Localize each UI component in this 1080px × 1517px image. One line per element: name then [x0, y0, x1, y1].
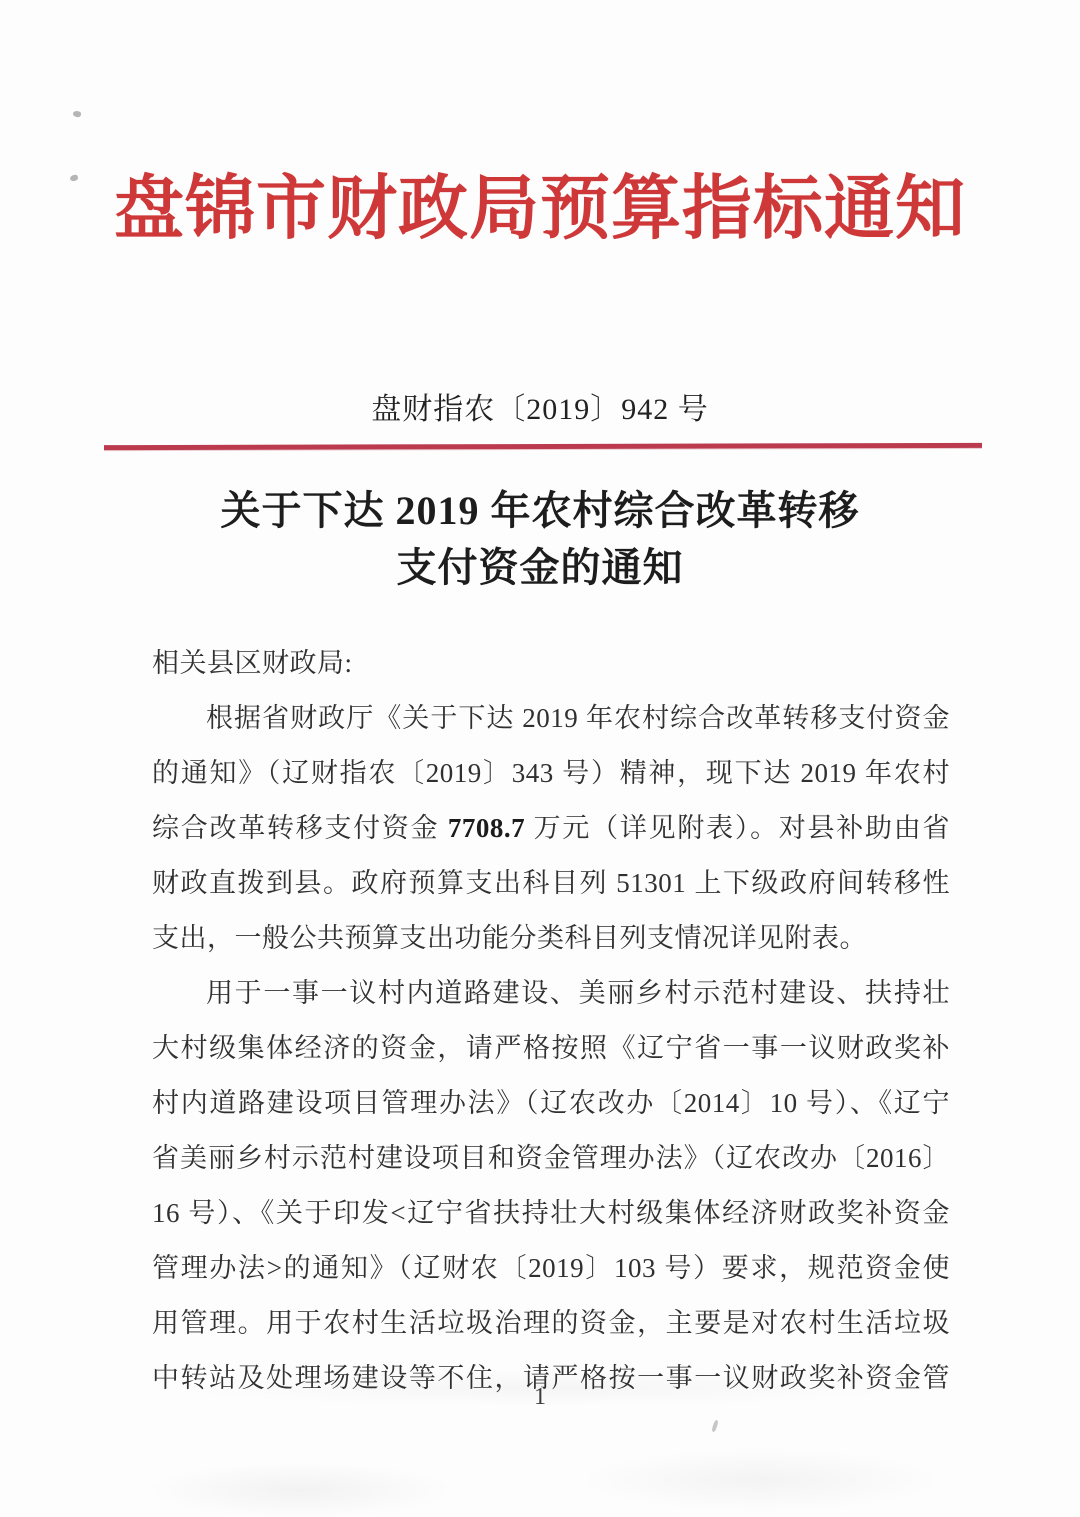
body-line: 用于一事一议村内道路建设、美丽乡村示范村建设、扶持壮 — [152, 966, 950, 1021]
red-separator-rule — [104, 443, 982, 450]
body-line: 村内道路建设项目管理办法》（辽农改办〔2014〕10 号）、《辽宁 — [152, 1076, 950, 1131]
body-line: 大村级集体经济的资金，请严格按照《辽宁省一事一议财政奖补 — [152, 1021, 950, 1076]
page-number: 1 — [0, 1384, 1080, 1411]
body-text: 相关县区财政局: — [152, 648, 353, 678]
notice-title-line-2: 支付资金的通知 — [0, 539, 1080, 596]
document-body: 相关县区财政局:根据省财政厅《关于下达 2019 年农村综合改革转移支付资金的通… — [152, 636, 950, 1406]
scan-speck — [711, 1420, 719, 1433]
body-line: 的通知》（辽财指农〔2019〕343 号）精神，现下达 2019 年农村 — [152, 746, 950, 801]
body-text: 省美丽乡村示范村建设项目和资金管理办法》（辽农改办〔2016〕 — [152, 1143, 950, 1173]
body-line: 根据省财政厅《关于下达 2019 年农村综合改革转移支付资金 — [152, 691, 950, 746]
body-line: 综合改革转移支付资金 7708.7 万元（详见附表）。对县补助由省 — [152, 801, 950, 856]
body-text: 综合改革转移支付资金 — [152, 813, 448, 843]
body-line: 管理办法>的通知》（辽财农〔2019〕103 号）要求，规范资金使 — [152, 1241, 950, 1296]
notice-title: 关于下达 2019 年农村综合改革转移 支付资金的通知 — [0, 482, 1080, 596]
document-page: 盘锦市财政局预算指标通知 盘财指农〔2019〕942 号 关于下达 2019 年… — [0, 0, 1080, 1517]
body-text: 村内道路建设项目管理办法》（辽农改办〔2014〕10 号）、《辽宁 — [152, 1088, 950, 1118]
body-line: 用管理。用于农村生活垃圾治理的资金，主要是对农村生活垃圾 — [152, 1296, 950, 1351]
notice-title-line-1: 关于下达 2019 年农村综合改革转移 — [0, 482, 1080, 539]
body-line: 省美丽乡村示范村建设项目和资金管理办法》（辽农改办〔2016〕 — [152, 1131, 950, 1186]
body-line: 16 号）、《关于印发<辽宁省扶持壮大村级集体经济财政奖补资金 — [152, 1186, 950, 1241]
scan-speck — [72, 110, 81, 118]
body-text: 用管理。用于农村生活垃圾治理的资金，主要是对农村生活垃圾 — [152, 1308, 950, 1338]
body-text: 万元（详见附表）。对县补助由省 — [525, 813, 950, 843]
body-line: 相关县区财政局: — [152, 636, 950, 691]
funding-amount-bold: 7708.7 — [448, 813, 525, 843]
body-text: 财政直拨到县。政府预算支出科目列 51301 上下级政府间转移性 — [152, 868, 950, 898]
body-text: 16 号）、《关于印发<辽宁省扶持壮大村级集体经济财政奖补资金 — [152, 1198, 950, 1228]
body-text: 管理办法>的通知》（辽财农〔2019〕103 号）要求，规范资金使 — [152, 1253, 950, 1283]
body-line: 支出，一般公共预算支出功能分类科目列支情况详见附表。 — [152, 911, 950, 966]
body-text: 大村级集体经济的资金，请严格按照《辽宁省一事一议财政奖补 — [152, 1033, 950, 1063]
body-text: 用于一事一议村内道路建设、美丽乡村示范村建设、扶持壮 — [206, 978, 950, 1008]
letterhead-title: 盘锦市财政局预算指标通知 — [0, 168, 1080, 252]
body-line: 财政直拨到县。政府预算支出科目列 51301 上下级政府间转移性 — [152, 856, 950, 911]
body-text: 的通知》（辽财指农〔2019〕343 号）精神，现下达 2019 年农村 — [152, 758, 950, 788]
body-text: 支出，一般公共预算支出功能分类科目列支情况详见附表。 — [152, 923, 867, 953]
body-text: 根据省财政厅《关于下达 2019 年农村综合改革转移支付资金 — [206, 703, 950, 733]
doc-number: 盘财指农〔2019〕942 号 — [0, 384, 1080, 428]
